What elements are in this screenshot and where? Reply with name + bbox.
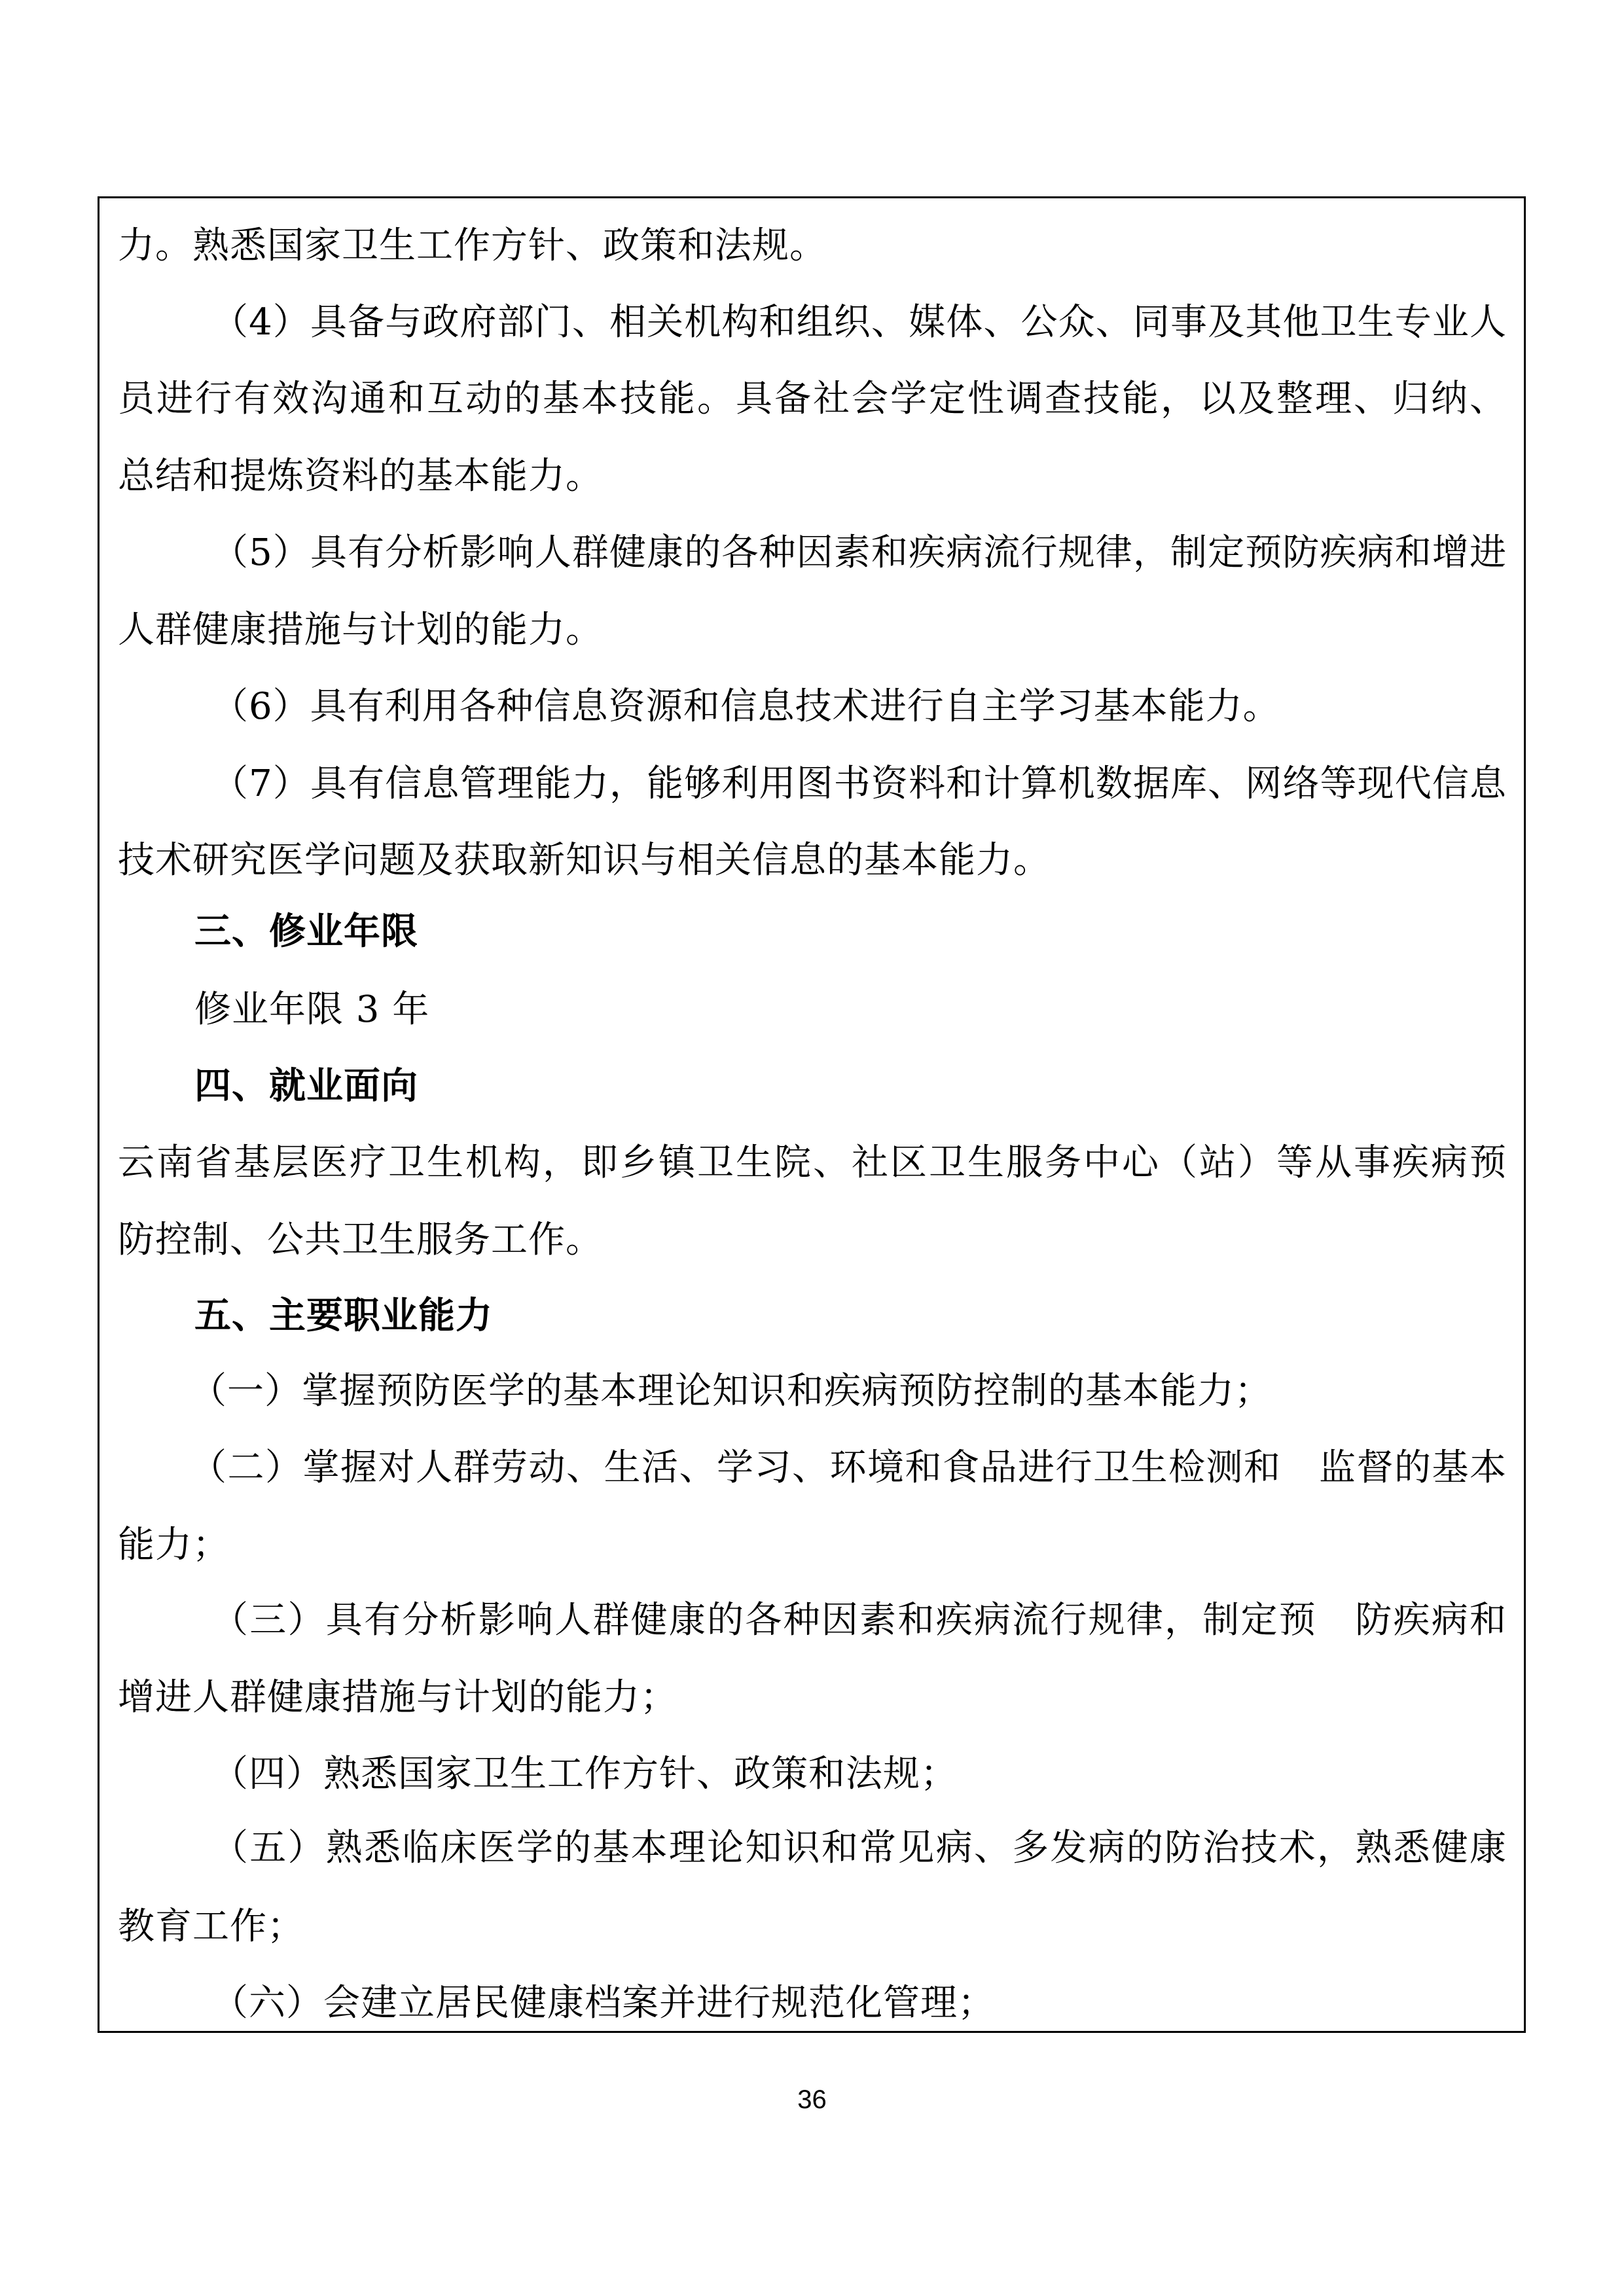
text-line: 总结和提炼资料的基本能力。: [118, 438, 603, 514]
text-line: 增进人群健康措施与计划的能力；: [118, 1659, 677, 1736]
text-line: 云南省基层医疗卫生机构，即乡镇卫生院、社区卫生服务中心（站）等从事疾病预: [118, 1124, 1507, 1201]
text-line: 教育工作；: [118, 1888, 304, 1965]
ability-item-1: （一）掌握预防医学的基本理论知识和疾病预防控制的基本能力；: [190, 1353, 1272, 1429]
ability-item-4: （四）熟悉国家卫生工作方针、政策和法规；: [211, 1736, 958, 1812]
text-line: 人群健康措施与计划的能力。: [118, 592, 603, 668]
text-line-item-7: （7）具有信息管理能力，能够利用图书资料和计算机数据库、网络等现代信息: [211, 745, 1507, 822]
text-line-duration: 修业年限 3 年: [194, 971, 429, 1048]
text-line: 力。熟悉国家卫生工作方针、政策和法规。: [118, 207, 827, 284]
section-heading-employment: 四、就业面向: [194, 1048, 418, 1124]
text-line: 防控制、公共卫生服务工作。: [118, 1202, 603, 1278]
text-line: 技术研究医学问题及获取新知识与相关信息的基本能力。: [118, 822, 1051, 899]
page-number: 36: [0, 2081, 1624, 2118]
ability-item-3: （三）具有分析影响人群健康的各种因素和疾病流行规律，制定预 防疾病和: [211, 1582, 1507, 1659]
text-line: 能力；: [118, 1507, 230, 1583]
section-heading-duration: 三、修业年限: [194, 893, 418, 970]
ability-item-6: （六）会建立居民健康档案并进行规范化管理；: [211, 1965, 995, 2041]
text-line-item-6: （6）具有利用各种信息资源和信息技术进行自主学习基本能力。: [211, 668, 1280, 745]
ability-item-2: （二）掌握对人群劳动、生活、学习、环境和食品进行卫生检测和 监督的基本: [190, 1429, 1507, 1506]
text-line-item-5: （5）具有分析影响人群健康的各种因素和疾病流行规律，制定预防疾病和增进: [211, 514, 1507, 591]
ability-item-5: （五）熟悉临床医学的基本理论知识和常见病、多发病的防治技术，熟悉健康: [211, 1810, 1507, 1886]
content-frame: 力。熟悉国家卫生工作方针、政策和法规。 （4）具备与政府部门、相关机构和组织、媒…: [98, 196, 1526, 2033]
section-heading-abilities: 五、主要职业能力: [194, 1278, 493, 1354]
text-line-item-4: （4）具备与政府部门、相关机构和组织、媒体、公众、同事及其他卫生专业人: [211, 284, 1507, 361]
text-line: 员进行有效沟通和互动的基本技能。具备社会学定性调查技能，以及整理、归纳、: [118, 361, 1507, 437]
